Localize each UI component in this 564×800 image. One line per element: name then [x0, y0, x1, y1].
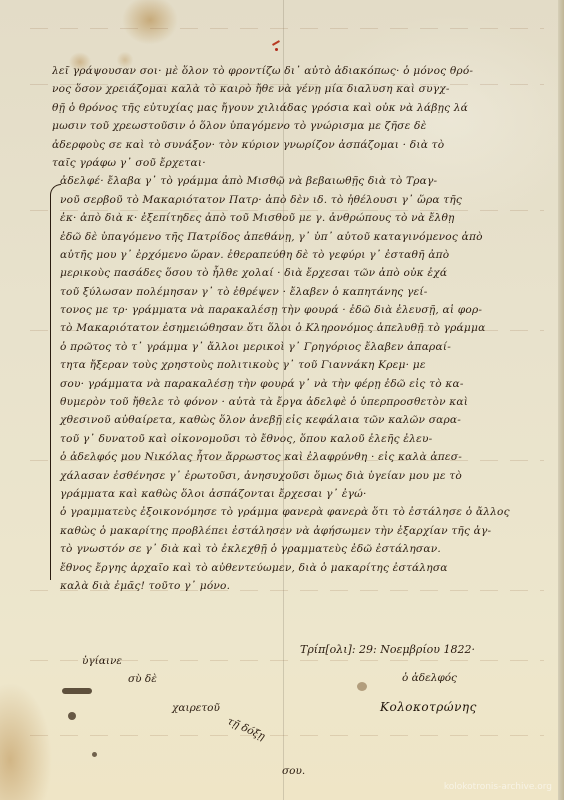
letter-page: λεῖ γράψουσαν σοι· μὲ ὅλον τὸ φροντίζω δ… — [0, 0, 564, 800]
bleed-through-line — [30, 28, 544, 29]
letter-line: νοῦ σερβοῦ τὸ Μακαριότατον Πατρ· ἀπὸ δὲν… — [52, 191, 540, 209]
letter-line: ἀδελφέ· ἔλαβα γ᾽ τὸ γράμμα ἀπὸ Μισθῷ νὰ … — [52, 172, 540, 190]
closing-word: ὑγίαινε — [82, 655, 122, 667]
closing-word: τῇ δόξῃ — [225, 715, 266, 743]
letter-line: τοῦ γ᾽ δυνατοῦ καὶ οἰκονομοῦσι τὸ ἔθνος,… — [52, 430, 540, 448]
letter-line: τητα ἤξεραν τοὺς χρηστοὺς πολιτικοὺς γ᾽ … — [52, 356, 540, 374]
letter-line: μερικοὺς πασάδες ὅσου τὸ ἦλθε χολαί · δι… — [52, 264, 540, 282]
letter-line: σου· γράμματα νὰ παρακαλέσῃ τὴν φουρά γ᾽… — [52, 375, 540, 393]
letter-line: ἀδερφοὺς σε καὶ τὸ συνάξον· τὸν κύριον γ… — [52, 136, 540, 154]
letter-line: χάλασαν ἐσθένησε γ᾽ ἐρωτοῦσι, ἀνησυχοῦσι… — [52, 467, 540, 485]
letter-line: θῇ ὁ θρόνος τῆς εὐτυχίας μας ἤγουν χιλιά… — [52, 99, 540, 117]
letter-line: τονος με τρ· γράμματα νὰ παρακαλέσῃ τὴν … — [52, 301, 540, 319]
letter-line: νος ὅσον χρειάζομαι καλὰ τὸ καιρὸ ἤθε νὰ… — [52, 80, 540, 98]
letter-line: καθὼς ὁ μακαρίτης προβλέπει ἐστάλησεν νὰ… — [52, 522, 540, 540]
letter-body: λεῖ γράψουσαν σοι· μὲ ὅλον τὸ φροντίζω δ… — [52, 62, 540, 595]
ink-blot — [92, 752, 97, 757]
signature: Κολοκοτρώνης — [380, 700, 477, 714]
closing-word: σου. — [282, 765, 305, 777]
letter-line: ἔθνος ἔργης ἀρχαῖο καὶ τὸ αὐθεντεύωμεν, … — [52, 559, 540, 577]
closing-word: σὺ δὲ — [128, 673, 157, 685]
red-ink-mark — [275, 48, 278, 51]
letter-line: ἐκ· ἀπὸ διὰ κ· ἐξεπίτηδες ἀπὸ τοῦ Μισθοῦ… — [52, 209, 540, 227]
letter-line: χθεσινοῦ αὐθαίρετα, καθὼς ὅλον ἀνεβῇ εἰς… — [52, 411, 540, 429]
letter-line: ὁ ἀδελφός μου Νικόλας ἦτον ἄρρωστος καὶ … — [52, 448, 540, 466]
letter-line: τὸ Μακαριότατον ἐσημειώθησαν ὅτι ὅλοι ὁ … — [52, 319, 540, 337]
letter-line: τὸ γνωστόν σε γ᾽ διὰ καὶ τὸ ἐκλεχθῇ ὁ γρ… — [52, 540, 540, 558]
closing-brother: ὁ ἀδελφός — [402, 672, 457, 684]
closing-word: χαιρετοῦ — [172, 702, 220, 714]
letter-line: θυμερὸν τοῦ ἤθελε τὸ φόνον · αὐτὰ τὰ ἔργ… — [52, 393, 540, 411]
letter-line: ὁ γραμματεὺς ἐξοικονόμησε τὸ γράμμα φανε… — [52, 503, 540, 521]
letter-line: ταῖς γράφω γ᾽ σοῦ ἔρχεται· — [52, 154, 540, 172]
foxing-stain — [357, 682, 367, 691]
ink-blot — [62, 688, 92, 694]
letter-line: αὐτῆς μου γ᾽ ἐρχόμενο ὥραν. ἐθεραπεύθη δ… — [52, 246, 540, 264]
bleed-through-line — [30, 735, 544, 736]
letter-line: λεῖ γράψουσαν σοι· μὲ ὅλον τὸ φροντίζω δ… — [52, 62, 540, 80]
letter-date: Τρίπ[ολι]: 29: Νοεμβρίου 1822· — [300, 643, 475, 656]
letter-line: γράμματα καὶ καθὼς ὅλοι ἀσπάζονται ἔρχεσ… — [52, 485, 540, 503]
paper-right-edge — [558, 0, 564, 800]
letter-line: τοῦ ξύλωσαν πολέμησαν γ᾽ τὸ ἐθρέψεν · ἔλ… — [52, 283, 540, 301]
letter-line: καλὰ διὰ ἐμᾶς! τοῦτο γ᾽ μόνο. — [52, 577, 540, 595]
letter-line: ἐδῶ δὲ ὑπαγόμενο τῆς Πατρίδος ἀπεθάνῃ, γ… — [52, 228, 540, 246]
letter-line: ὁ πρῶτος τὸ τ᾽ γράμμα γ᾽ ἄλλοι μερικοὶ γ… — [52, 338, 540, 356]
letter-line: μωσιν τοῦ χρεωστοῦσιν ὁ ὅλον ὑπαγόμενο τ… — [52, 117, 540, 135]
archive-watermark: kolokotronis-archive.org — [444, 782, 552, 792]
red-ink-mark — [272, 40, 280, 46]
ink-blot — [68, 712, 76, 720]
